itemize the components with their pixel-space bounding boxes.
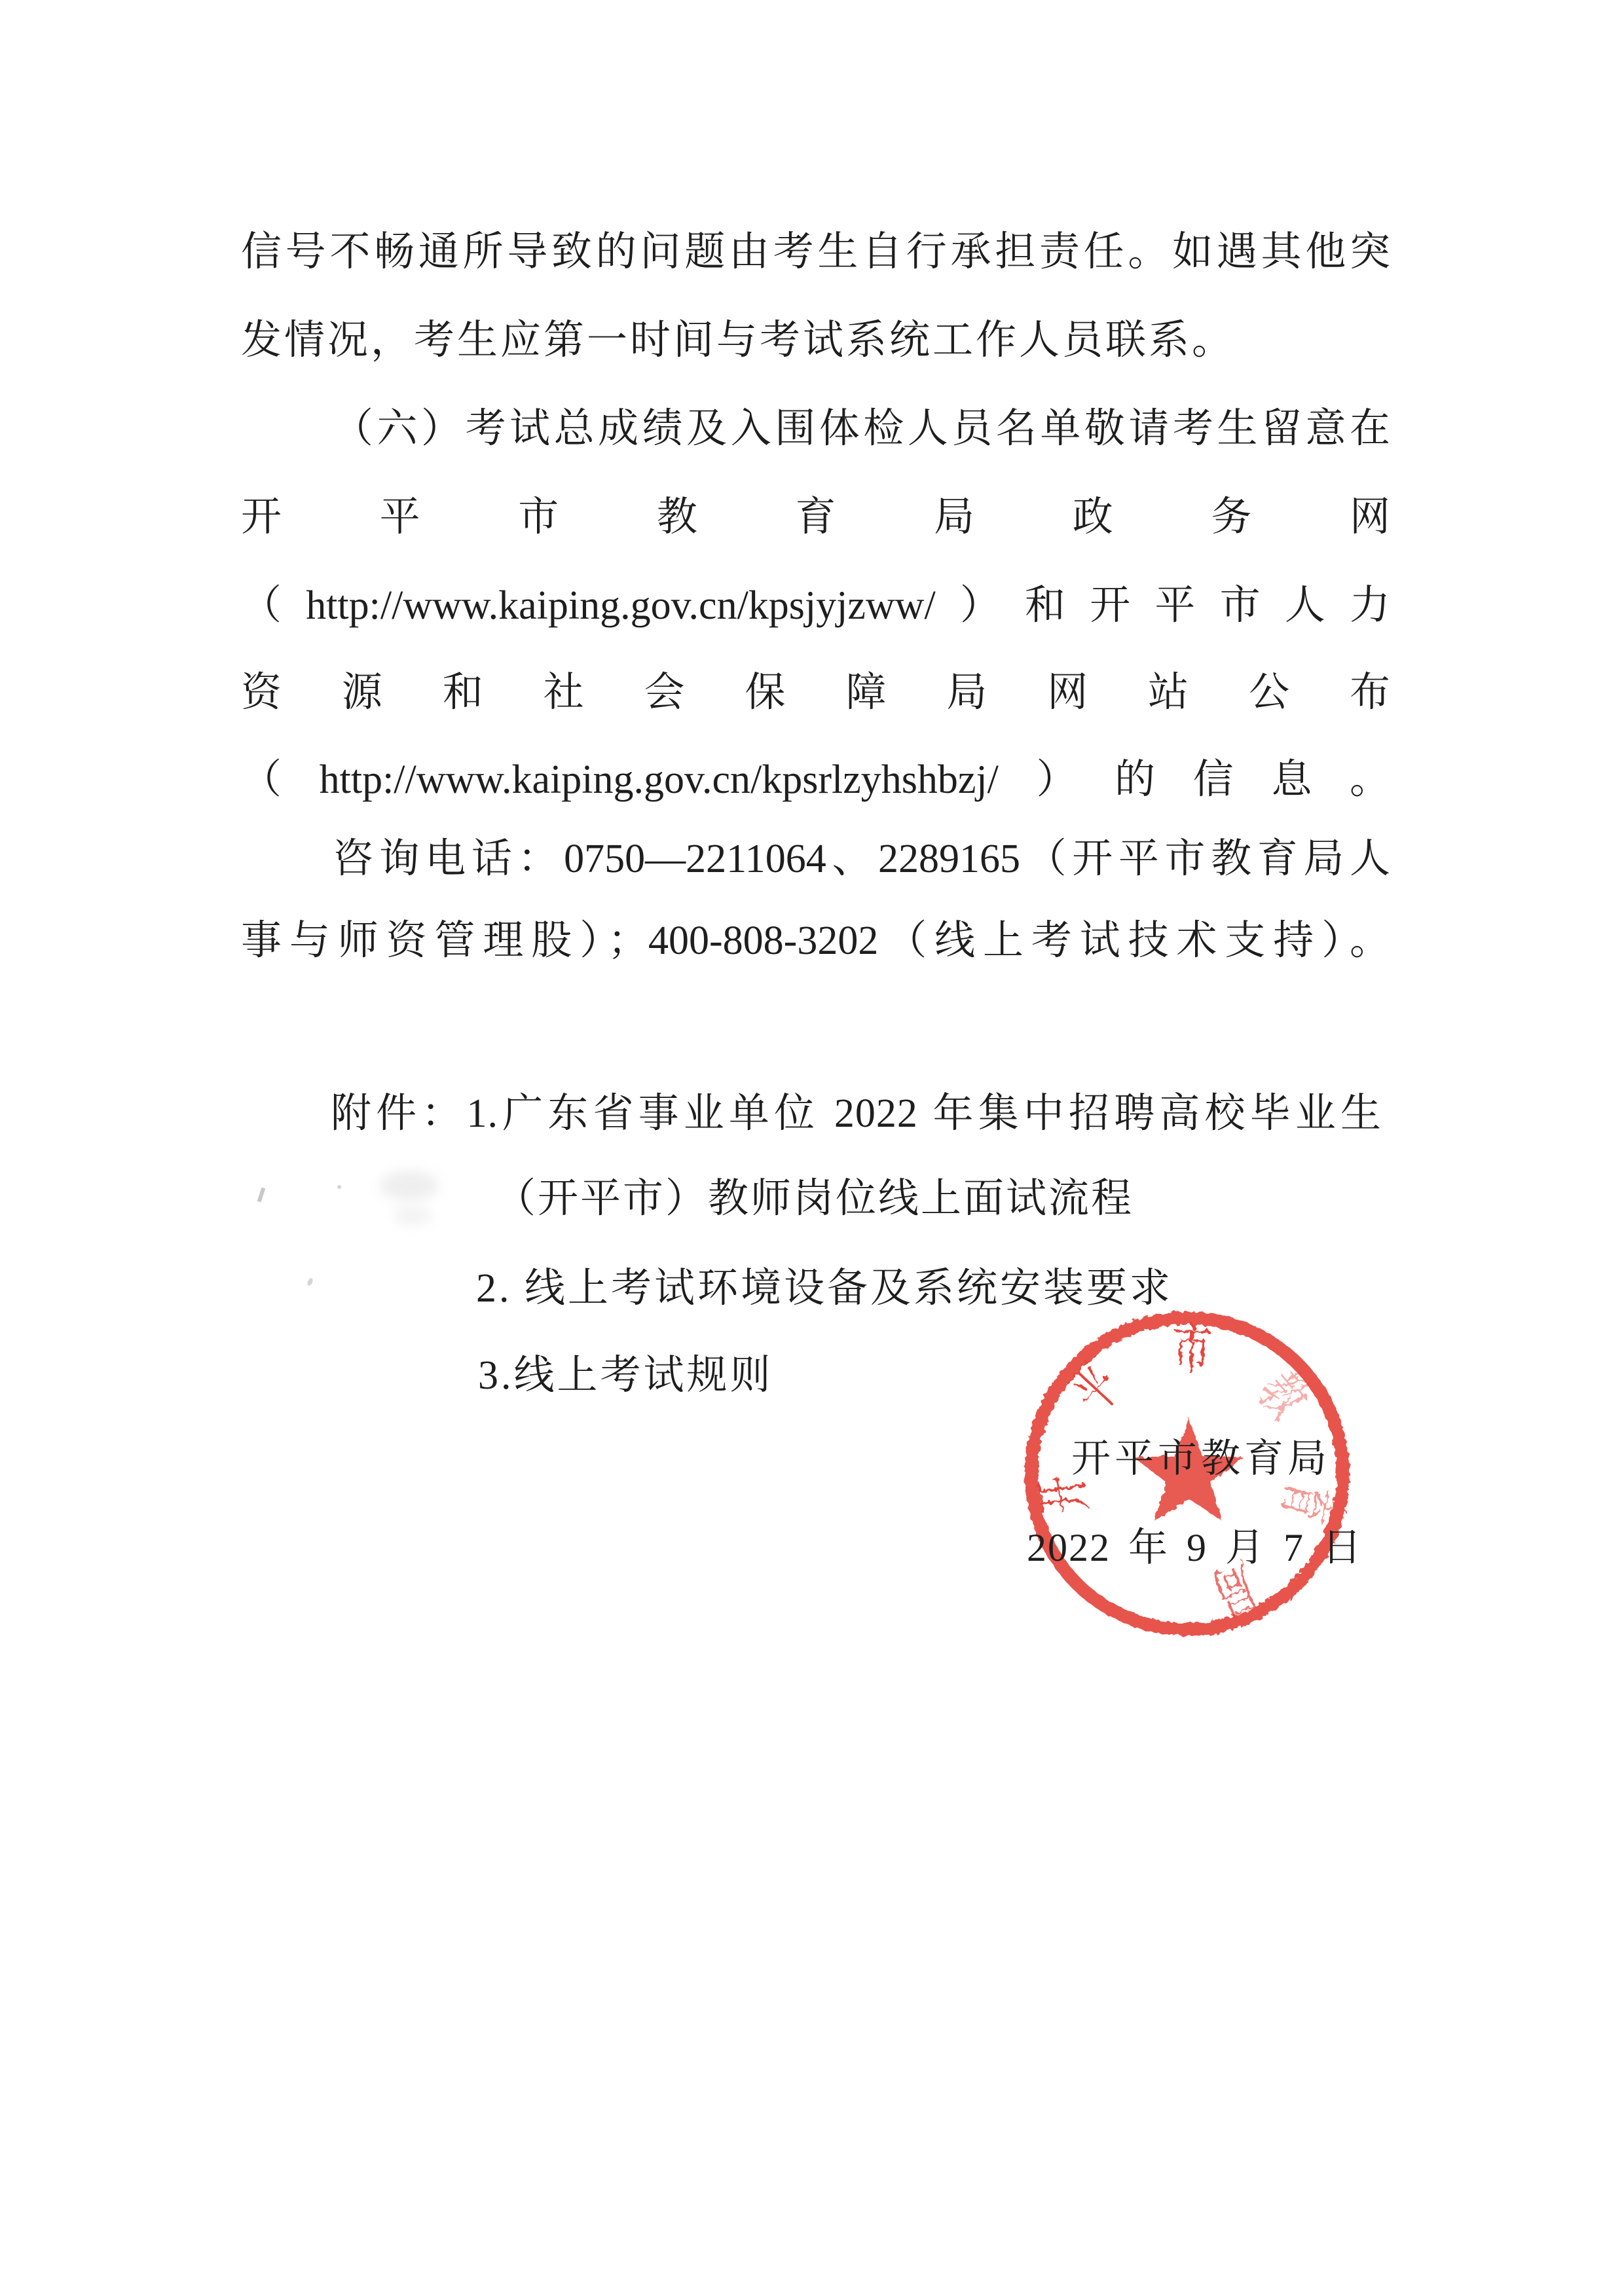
body-line-7-url: （http://www.kaiping.gov.cn/kpsrlzyhshbzj… <box>241 757 1390 803</box>
document-page: 信号不畅通所导致的问题由考生自行承担责任。如遇其他突 发情况，考生应第一时间与考… <box>0 0 1624 2296</box>
scan-artifact <box>306 1277 314 1286</box>
attachment-lead-line: 附件：1.广东省事业单位 2022 年集中招聘高校毕业生 <box>331 1091 1382 1137</box>
scan-artifact <box>380 1171 439 1201</box>
body-line-4: 开平市教育局政务网 <box>241 494 1390 541</box>
body-line-1: 信号不畅通所导致的问题由考生自行承担责任。如遇其他突 <box>241 229 1390 276</box>
attachment-item2: 2. 线上考试环境设备及系统安装要求 <box>476 1266 1173 1312</box>
seal-rim-char-shi: 市 <box>1172 1319 1212 1383</box>
scan-artifact <box>257 1188 266 1203</box>
issuing-authority-signature: 开平市教育局 <box>1071 1427 1331 1484</box>
body-line-8-phone: 咨询电话：0750—2211064、2289165（开平市教育局人 <box>241 836 1390 883</box>
scan-artifact <box>337 1185 341 1189</box>
body-line-6: 资源和社会保障局网站公布 <box>241 670 1390 716</box>
body-line-2: 发情况，考生应第一时间与考试系统工作人员联系。 <box>241 318 1235 364</box>
issue-date: 2022 年 9 月 7 日 <box>1027 1516 1363 1573</box>
attachment-item1-continuation: （开平市）教师岗位线上面试流程 <box>495 1176 1134 1222</box>
attachment-item3: 3.线上考试规则 <box>478 1353 773 1399</box>
scan-artifact <box>393 1206 432 1226</box>
body-line-5-url: （http://www.kaiping.gov.cn/kpsjyjzww/）和开… <box>241 583 1390 629</box>
body-line-9-phone: 事与师资管理股）；400-808-3202（线上考试技术支持）。 <box>241 918 1390 964</box>
body-line-3: （六）考试总成绩及入围体检人员名单敬请考生留意在 <box>241 406 1390 452</box>
